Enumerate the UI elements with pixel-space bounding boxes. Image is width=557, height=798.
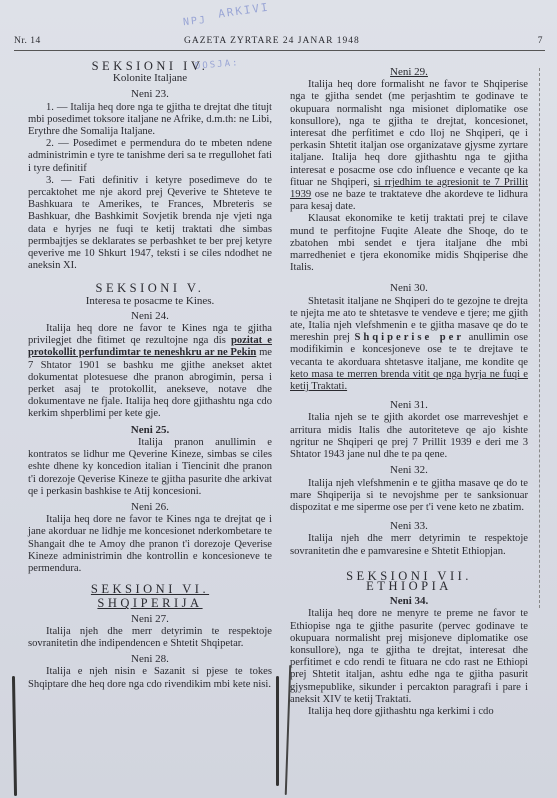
stamp-arkivi: ARKIVI (217, 0, 270, 20)
section-4-subtitle: Kolonite Italjane (28, 72, 272, 84)
issue-number: Nr. 14 (14, 36, 41, 46)
article-32-heading: Neni 32. (290, 464, 528, 476)
article-25-heading: Neni 25. (28, 424, 272, 436)
left-column: SEKSIONI IV. Kolonite Italjane Neni 23. … (28, 58, 272, 691)
article-26-heading: Neni 26. (28, 501, 272, 513)
section-6-title: SEKSIONI VI. (28, 583, 272, 595)
article-29-heading: Neni 29. (290, 66, 528, 78)
article-32-para-1: Italija njeh vlefshmenin e te gjitha mas… (290, 478, 528, 515)
article-29-text-a: Italija heq dore formalisht ne favor te … (290, 79, 528, 188)
article-25-para-1: Italija pranon anullimin e kontratos se … (28, 437, 272, 498)
article-23-para-1: 1. — Italija heq dore nga te gjitha te d… (28, 102, 272, 139)
right-column: Neni 29. Italija heq dore formalisht ne … (290, 66, 528, 718)
article-34-para-2: Italija heq dore gjithashtu nga kerkimi … (290, 706, 528, 718)
article-34-para-1: Italija heq dore ne menyre te preme ne f… (290, 608, 528, 706)
section-5-title: SEKSIONI V. (28, 282, 272, 294)
article-27-para-1: Italija njeh dhe merr detyrimin te respe… (28, 626, 272, 650)
header-rule (14, 50, 545, 51)
article-31-para-1: Italia njeh se te gjith akordet ose marr… (290, 412, 528, 461)
article-30-heading: Neni 30. (290, 282, 528, 294)
article-28-para-1: Italija e njeh nisin e Sazanit si pjese … (28, 666, 272, 690)
page-header: Nr. 14 GAZETA ZYRTARE 24 JANAR 1948 7 (14, 36, 547, 50)
article-26-para-1: Italija heq dore ne favor te Kines nga t… (28, 514, 272, 575)
margin-bracket-right-column (285, 665, 292, 795)
section-4-title: SEKSIONI IV. (28, 60, 272, 72)
article-29-para-2: Klausat ekonomike te ketij traktati prej… (290, 213, 528, 274)
article-28-heading: Neni 28. (28, 653, 272, 665)
gazette-page: ARKIVI NPJ DOSJA: Nr. 14 GAZETA ZYRTARE … (0, 0, 557, 798)
margin-bracket-left (12, 676, 17, 796)
article-23-para-3: 3. — Fati definitiv i ketyre posedimeve … (28, 175, 272, 273)
article-31-heading: Neni 31. (290, 399, 528, 411)
article-29-para-1: Italija heq dore formalisht ne favor te … (290, 79, 528, 213)
article-24-para-1: Italija heq dore ne favor te Kines nga t… (28, 323, 272, 421)
article-23-para-2: 2. — Posedimet e permendura do te mbeten… (28, 138, 272, 175)
article-33-para-1: Italija njeh dhe merr detyrimin te respe… (290, 533, 528, 557)
margin-bracket-center (276, 676, 279, 786)
article-24-heading: Neni 24. (28, 310, 272, 322)
gazette-title: GAZETA ZYRTARE 24 JANAR 1948 (184, 36, 360, 46)
article-34-heading: Neni 34. (290, 595, 528, 607)
margin-mark-right (539, 68, 540, 608)
article-23-heading: Neni 23. (28, 88, 272, 100)
article-30-spaced-text: Shqiperise per (355, 332, 465, 343)
article-30-underlined-text: keto masa te merren brenda vitit qe nga … (290, 369, 528, 392)
stamp-npj: NPJ (182, 15, 207, 28)
section-6-subtitle: SHQIPERIJA (28, 597, 272, 609)
article-29-text-b: ose ne baze te traktateve dhe akordeve t… (290, 189, 528, 212)
article-27-heading: Neni 27. (28, 613, 272, 625)
article-33-heading: Neni 33. (290, 520, 528, 532)
section-7-subtitle: ETHIOPIA (290, 580, 528, 592)
article-30-para-1: Shtetasit italjane ne Shqiperi do te gez… (290, 296, 528, 394)
section-5-subtitle: Interesa te posacme te Kines. (28, 295, 272, 307)
page-number: 7 (538, 36, 543, 46)
